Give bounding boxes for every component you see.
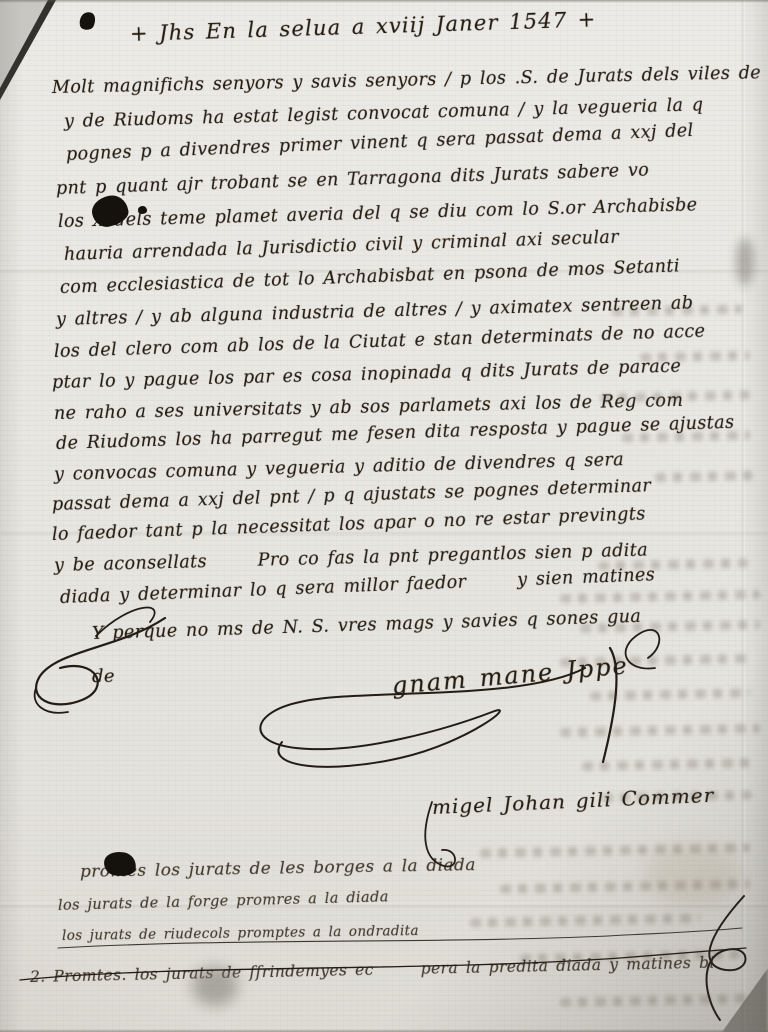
- ink-blot: [77, 10, 97, 32]
- body-line: hauria arrendada la Jurisdictio civil y …: [64, 228, 620, 265]
- body-line: los X dels teme plamet averia del q se d…: [58, 195, 698, 232]
- annotation-line: promes los jurats de les borges a la dia…: [80, 855, 476, 882]
- body-line: com ecclesiastica de tot lo Archabisbat …: [60, 256, 681, 298]
- body-line: pnt p quant ajr trobant se en Tarragona …: [56, 160, 650, 199]
- bleedthrough-ghost: [590, 688, 750, 700]
- body-line: los del clero com ab los de la Ciutat e …: [54, 322, 706, 362]
- secondary-signature: migel Johan gili Commer: [431, 783, 714, 819]
- bleedthrough-ghost: [470, 914, 700, 928]
- closing-word: de: [92, 666, 115, 687]
- bleedthrough-ghost: [560, 724, 760, 737]
- body-line: Y perque no ms de N. S. vres mags y savi…: [92, 607, 642, 644]
- edge-smudge: [736, 238, 754, 286]
- annotation-line: 2. Promtes. los jurats de ffrindemyes ec…: [30, 954, 715, 986]
- vertical-fold-crease: [742, 0, 747, 1032]
- annotation-line: los jurats de la forge promres a la diad…: [58, 889, 389, 914]
- bleedthrough-ghost: [560, 994, 750, 1007]
- corner-shadow: [722, 968, 768, 1032]
- stain: [645, 845, 740, 905]
- bleedthrough-ghost: [582, 758, 752, 771]
- annotation-line: los jurats de riudecols promptes a la on…: [62, 923, 419, 944]
- body-line: ptar lo y pague los par es cosa inopinad…: [52, 357, 682, 393]
- body-line: Molt magnifichs senyors y savis senyors …: [52, 62, 768, 98]
- ink-spatter: [138, 206, 147, 214]
- bleedthrough-ghost: [655, 471, 755, 482]
- bleedthrough-ghost: [560, 590, 760, 603]
- manuscript-scan-page: + Jhs En la selua a xviij Janer 1547 + M…: [0, 0, 768, 1032]
- primary-signature: gnam mane Jppe: [391, 651, 630, 700]
- scan-edge-top: [0, 0, 768, 3]
- gray-smudge: [192, 966, 238, 1006]
- heading-line: + Jhs En la selua a xviij Janer 1547 +: [130, 7, 597, 46]
